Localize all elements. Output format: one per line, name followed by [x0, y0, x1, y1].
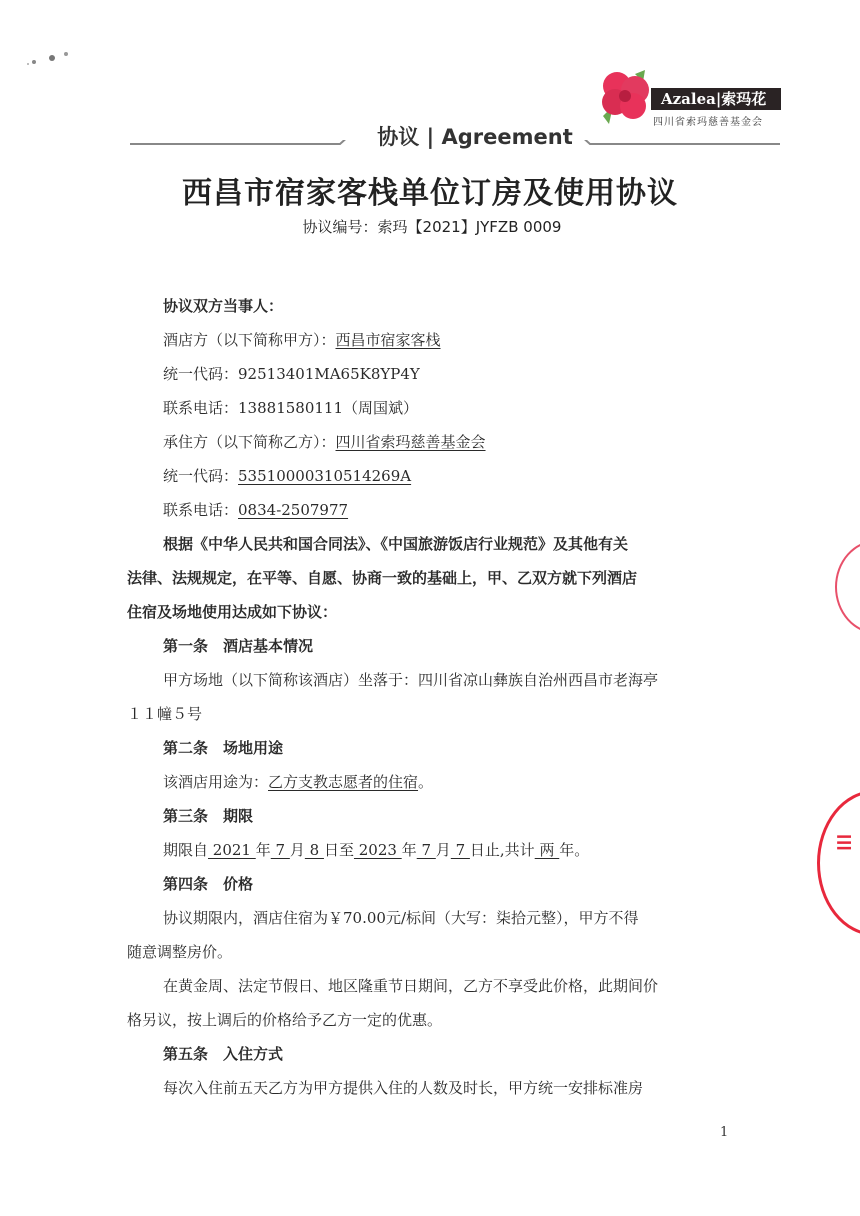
party-b-phone: 0834-2507977	[238, 501, 348, 519]
article-4-title: 第四条 价格	[163, 867, 763, 901]
text: 年	[402, 841, 417, 859]
article-4-text: 随意调整房价。	[127, 935, 763, 969]
punct: 。	[418, 773, 433, 791]
label: 统一代码：	[163, 467, 238, 485]
party-a-phone-row: 联系电话：13881580111（周国斌）	[163, 391, 763, 425]
party-b-name: 四川省索玛慈善基金会	[336, 433, 486, 451]
total-years: 两	[535, 841, 560, 859]
end-month: 7	[417, 841, 436, 859]
page-title: 西昌市宿家客栈单位订房及使用协议	[0, 168, 860, 212]
start-year: 2021	[208, 841, 256, 859]
article-5-title: 第五条 入住方式	[163, 1037, 763, 1071]
scan-speck	[22, 48, 82, 68]
party-b-phone-row: 联系电话：0834-2507977	[163, 493, 763, 527]
party-a-name: 西昌市宿家客栈	[336, 331, 441, 349]
party-a-code-row: 统一代码：92513401MA65K8YP4Y	[163, 357, 763, 391]
party-b-code: 53510000310514269A	[238, 467, 411, 485]
agreement-body: 协议双方当事人： 酒店方（以下简称甲方）：西昌市宿家客栈 统一代码：925134…	[163, 289, 763, 1105]
text: 月	[436, 841, 451, 859]
text: 年	[256, 841, 271, 859]
party-b-row: 承住方（以下简称乙方）：四川省索玛慈善基金会	[163, 425, 763, 459]
label: 酒店方（以下简称甲方）：	[163, 331, 336, 349]
party-a-code: 92513401MA65K8YP4Y	[238, 365, 420, 383]
parties-heading: 协议双方当事人：	[163, 289, 763, 323]
preamble-line: 住宿及场地使用达成如下协议：	[127, 595, 763, 629]
article-3-title: 第三条 期限	[163, 799, 763, 833]
text: 年。	[559, 841, 589, 859]
label: 联系电话：	[163, 399, 238, 417]
preamble-line: 根据《中华人民共和国合同法》、《中国旅游饭店行业规范》及其他有关	[163, 527, 763, 561]
text: 期限自	[163, 841, 208, 859]
page-number: 1	[720, 1125, 728, 1140]
logo-brand: Azalea|索玛花	[651, 88, 781, 110]
seal-glyph: ☰	[836, 833, 852, 854]
agreement-tab-label: 协议 | Agreement	[0, 121, 860, 151]
party-b-code-row: 统一代码：53510000310514269A	[163, 459, 763, 493]
usage-value: 乙方支教志愿者的住宿	[268, 773, 418, 791]
label: 联系电话：	[163, 501, 238, 519]
article-4-text: 协议期限内，酒店住宿为￥70.00元/标间（大写：柒拾元整），甲方不得	[163, 901, 763, 935]
label: 承住方（以下简称乙方）：	[163, 433, 336, 451]
official-seal-partial: ☰	[817, 790, 860, 936]
label: 该酒店用途为：	[163, 773, 268, 791]
text: 日至	[324, 841, 354, 859]
text: 日止,共计	[470, 841, 535, 859]
end-year: 2023	[354, 841, 402, 859]
article-3-term: 期限自 2021 年 7 月 8 日至 2023 年 7 月 7 日止,共计 两…	[163, 833, 763, 867]
party-a-row: 酒店方（以下简称甲方）：西昌市宿家客栈	[163, 323, 763, 357]
label: 统一代码：	[163, 365, 238, 383]
article-1-text: １１幢５号	[127, 697, 763, 731]
start-day: 8	[305, 841, 324, 859]
article-4-text: 在黄金周、法定节假日、地区隆重节日期间，乙方不享受此价格，此期间价	[163, 969, 763, 1003]
article-4-text: 格另议，按上调后的价格给予乙方一定的优惠。	[127, 1003, 763, 1037]
article-5-text: 每次入住前五天乙方为甲方提供入住的人数及时长，甲方统一安排标准房	[163, 1071, 763, 1105]
article-2-title: 第二条 场地用途	[163, 731, 763, 765]
preamble-line: 法律、法规规定，在平等、自愿、协商一致的基础上，甲、乙双方就下列酒店	[127, 561, 763, 595]
doc-number: 协议编号：索玛【2021】JYFZB 0009	[0, 216, 860, 237]
text: 月	[290, 841, 305, 859]
start-month: 7	[271, 841, 290, 859]
party-a-phone: 13881580111（周国斌）	[238, 399, 418, 417]
article-2-text: 该酒店用途为：乙方支教志愿者的住宿。	[163, 765, 763, 799]
stamp-partial	[835, 540, 860, 634]
article-1-title: 第一条 酒店基本情况	[163, 629, 763, 663]
article-1-text: 甲方场地（以下简称该酒店）坐落于：四川省凉山彝族自治州西昌市老海亭	[163, 663, 763, 697]
end-day: 7	[451, 841, 470, 859]
